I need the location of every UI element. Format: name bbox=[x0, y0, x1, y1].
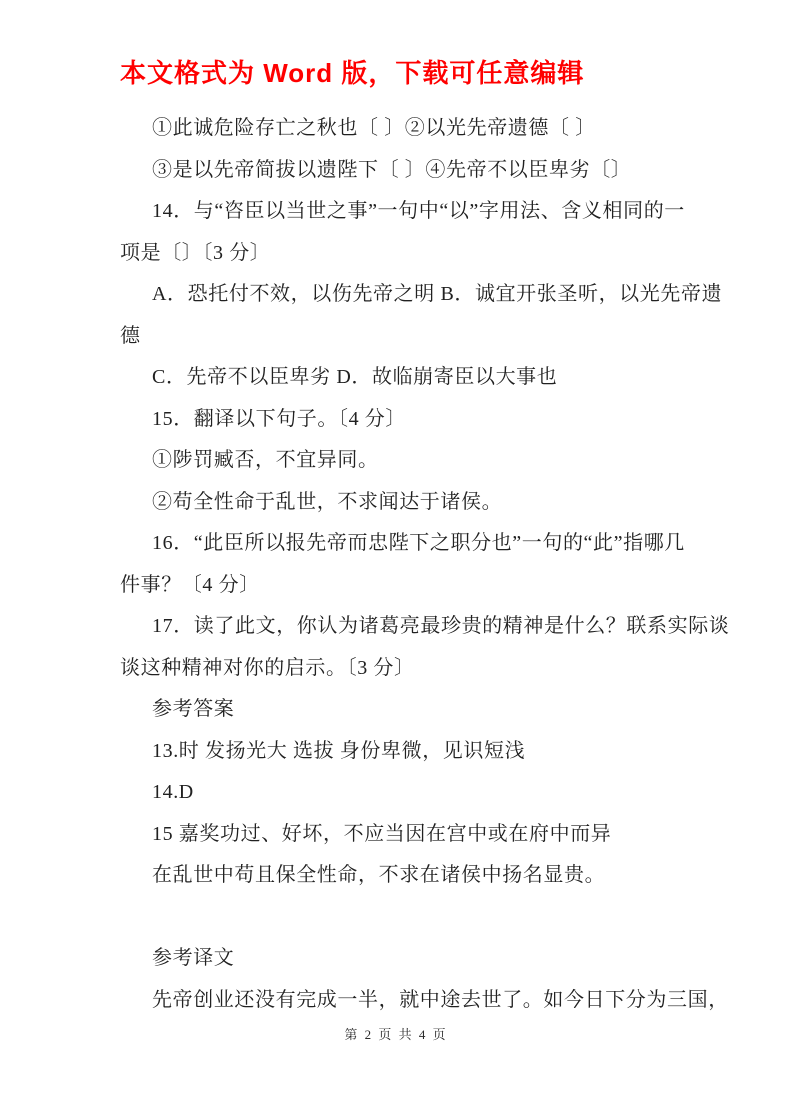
text-line: 谈这种精神对你的启示。〔3 分〕 bbox=[120, 648, 672, 690]
document-page: 本文格式为 Word 版，下载可任意编辑 ①此诚危险存亡之秋也〔 〕②以光先帝遗… bbox=[0, 0, 792, 1120]
text-line: 先帝创业还没有完成一半，就中途去世了。如今日下分为三国， bbox=[120, 980, 672, 1022]
text-line: 参考译文 bbox=[120, 938, 672, 980]
text-line: 德 bbox=[120, 316, 672, 358]
text-line: 13.时 发扬光大 选拔 身份卑微，见识短浅 bbox=[120, 731, 672, 773]
editable-notice-header: 本文格式为 Word 版，下载可任意编辑 bbox=[0, 0, 792, 90]
text-line: 项是〔〕〔3 分〕 bbox=[120, 233, 672, 275]
text-line: 16．“此臣所以报先帝而忠陛下之职分也”一句的“此”指哪几 bbox=[120, 523, 672, 565]
page-number-footer: 第 2 页 共 4 页 bbox=[0, 1024, 792, 1043]
text-line: ①陟罚臧否，不宜异同。 bbox=[120, 440, 672, 482]
text-line: 15 嘉奖功过、好坏，不应当因在宫中或在府中而异 bbox=[120, 814, 672, 856]
text-line bbox=[120, 897, 672, 939]
text-line: 在乱世中苟且保全性命，不求在诸侯中扬名显贵。 bbox=[120, 855, 672, 897]
text-line: ②苟全性命于乱世，不求闻达于诸侯。 bbox=[120, 482, 672, 524]
text-line: ①此诚危险存亡之秋也〔 〕②以光先帝遗德〔 〕 bbox=[120, 108, 672, 150]
text-line: 17．读了此文，你认为诸葛亮最珍贵的精神是什么？联系实际谈 bbox=[120, 606, 672, 648]
text-line: 14．与“咨臣以当世之事”一句中“以”字用法、含义相同的一 bbox=[120, 191, 672, 233]
text-line: 参考答案 bbox=[120, 689, 672, 731]
document-body: ①此诚危险存亡之秋也〔 〕②以光先帝遗德〔 〕③是以先帝简拔以遗陛下〔 〕④先帝… bbox=[0, 108, 792, 1021]
text-line: ③是以先帝简拔以遗陛下〔 〕④先帝不以臣卑劣〔〕 bbox=[120, 150, 672, 192]
text-line: 15．翻译以下句子。〔4 分〕 bbox=[120, 399, 672, 441]
text-line: 14.D bbox=[120, 772, 672, 814]
text-line: A．恐托付不效，以伤先帝之明 B．诚宜开张圣听，以光先帝遗 bbox=[120, 274, 672, 316]
text-line: C．先帝不以臣卑劣 D．故临崩寄臣以大事也 bbox=[120, 357, 672, 399]
text-line: 件事？〔4 分〕 bbox=[120, 565, 672, 607]
